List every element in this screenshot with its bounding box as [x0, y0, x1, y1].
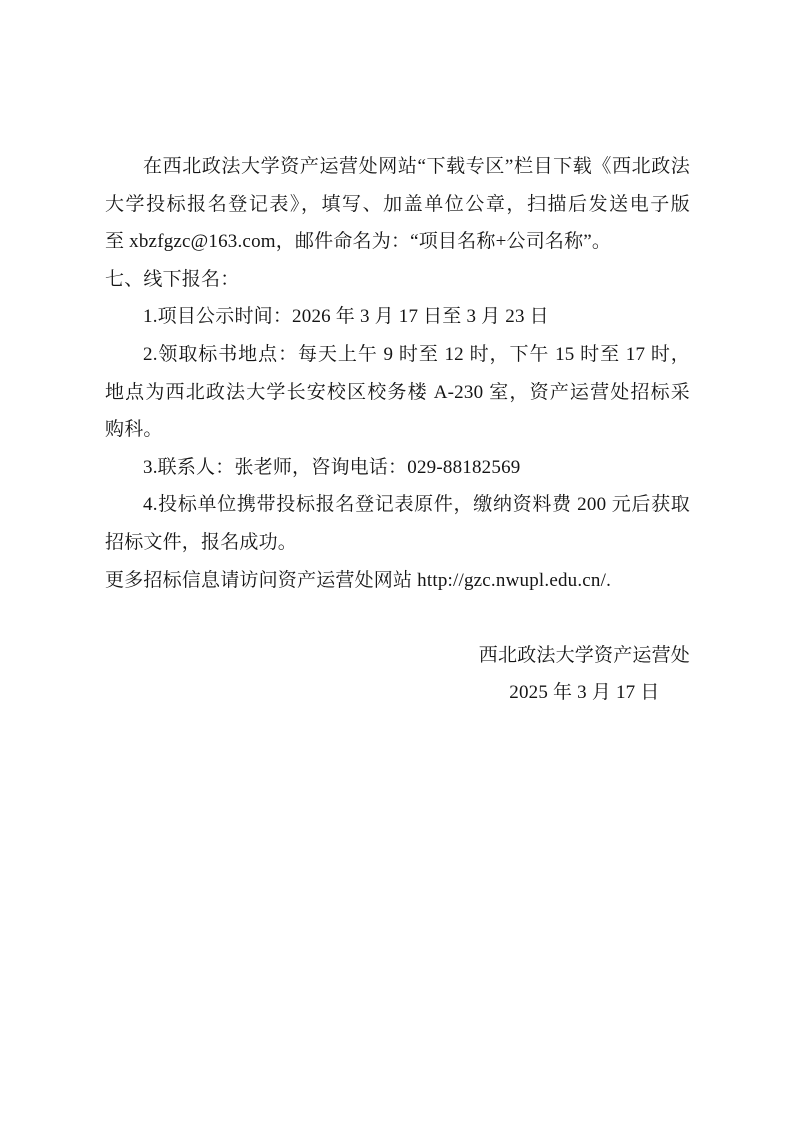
signature-block: 西北政法大学资产运营处 2025 年 3 月 17 日	[105, 637, 690, 712]
para-online-line3: 至 xbzfgzc@163.com，邮件命名为：“项目名称+公司名称”。	[105, 223, 690, 261]
website-url: http://gzc.nwupl.edu.cn/	[417, 570, 606, 591]
document-page: { "colors": { "background": "#ffffff", "…	[0, 0, 793, 1122]
announcement-body: 在西北政法大学资产运营处网站“下载专区”栏目下载《西北政法 大学投标报名登记表》…	[105, 148, 690, 712]
more-info-prefix: 更多招标信息请访问资产运营处网站	[105, 570, 417, 591]
para-online-line2: 大学投标报名登记表》，填写、加盖单位公章，扫描后发送电子版	[105, 186, 690, 224]
email-address: xbzfgzc@163.com	[129, 231, 276, 252]
email-line-suffix: ，邮件命名为：“项目名称+公司名称”。	[276, 231, 611, 252]
item-fee-line1: 4.投标单位携带投标报名登记表原件，缴纳资料费 200 元后获取	[105, 486, 690, 524]
signature-org: 西北政法大学资产运营处	[479, 637, 690, 675]
more-info-line: 更多招标信息请访问资产运营处网站 http://gzc.nwupl.edu.cn…	[105, 562, 690, 600]
item-pickup-line3: 购科。	[105, 411, 690, 449]
para-online-line1: 在西北政法大学资产运营处网站“下载专区”栏目下载《西北政法	[105, 148, 690, 186]
item-publicity-time: 1.项目公示时间：2026 年 3 月 17 日至 3 月 23 日	[105, 298, 690, 336]
item-pickup-line2: 地点为西北政法大学长安校区校务楼 A-230 室，资产运营处招标采	[105, 374, 690, 412]
signature-date: 2025 年 3 月 17 日	[479, 674, 690, 712]
item-contact: 3.联系人：张老师，咨询电话：029-88182569	[105, 449, 690, 487]
more-info-suffix: .	[606, 570, 611, 591]
email-line-prefix: 至	[105, 231, 129, 252]
heading-offline-registration: 七、线下报名：	[105, 261, 690, 299]
item-fee-line2: 招标文件，报名成功。	[105, 524, 690, 562]
signature-inner: 西北政法大学资产运营处 2025 年 3 月 17 日	[479, 637, 690, 712]
item-pickup-line1: 2.领取标书地点：每天上午 9 时至 12 时，下午 15 时至 17 时，	[105, 336, 690, 374]
